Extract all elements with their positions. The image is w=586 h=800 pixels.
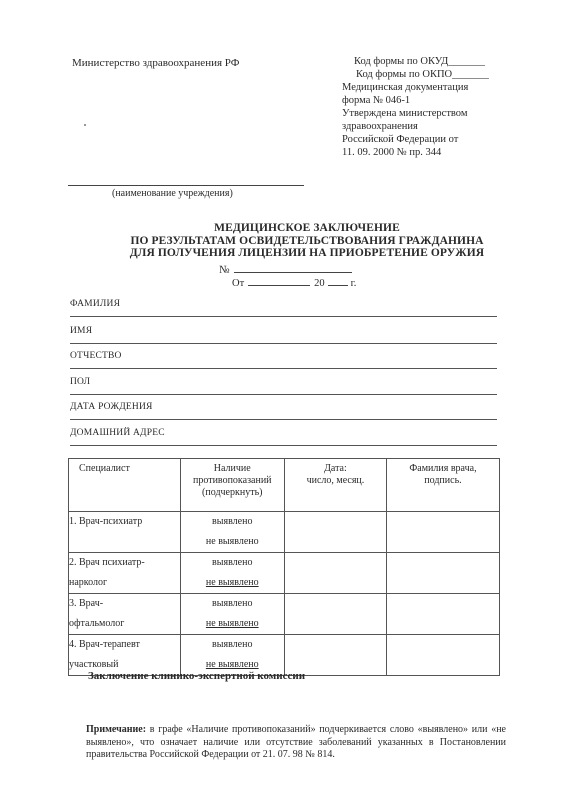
table-row: 3. Врач-офтальмолог выявлено не выявлено: [69, 594, 500, 635]
note-text: в графе «Наличие противопоказаний» подче…: [86, 724, 506, 760]
date-cell[interactable]: [284, 512, 386, 553]
note-label: Примечание:: [86, 724, 146, 735]
document-date-field[interactable]: От20г.: [232, 275, 356, 289]
scan-speck: [84, 124, 86, 126]
ministry-name: Министерство здравоохранения РФ: [72, 57, 239, 69]
header-line: подпись.: [387, 475, 499, 487]
header-line: Дата:: [285, 463, 386, 475]
option-not-detected[interactable]: не выявлено: [181, 614, 284, 634]
form-codes-block: Код формы по ОКУД_______ Код формы по ОК…: [342, 55, 542, 159]
date-cell[interactable]: [284, 594, 386, 635]
field-label: ДАТА РОЖДЕНИЯ: [70, 402, 497, 412]
doctor-cell[interactable]: [386, 635, 499, 676]
field-line[interactable]: [70, 413, 497, 420]
patronymic-field[interactable]: ОТЧЕСТВО: [70, 351, 497, 369]
okpo-code-field[interactable]: Код формы по ОКПО_______: [342, 68, 542, 81]
number-label: №: [219, 264, 230, 276]
doctor-cell[interactable]: [386, 594, 499, 635]
commission-conclusion-heading: Заключение клинико-экспертной комиссии: [88, 670, 305, 682]
note: Примечание: в графе «Наличие противопока…: [86, 724, 506, 762]
contra-cell: выявлено не выявлено: [180, 553, 284, 594]
specialist-name: 3. Врач-: [69, 594, 180, 614]
option-not-detected[interactable]: не выявлено: [181, 573, 284, 593]
table-row: 1. Врач-психиатр выявлено не выявлено: [69, 512, 500, 553]
approval-line: Российской Федерации от: [342, 133, 542, 146]
field-line[interactable]: [70, 337, 497, 344]
approval-line: Утверждена министерством: [342, 107, 542, 120]
field-line[interactable]: [70, 439, 497, 446]
option-detected[interactable]: выявлено: [181, 635, 284, 655]
okud-code-field[interactable]: Код формы по ОКУД_______: [342, 55, 542, 68]
header-line: противопоказаний: [181, 475, 284, 487]
birth-date-field[interactable]: ДАТА РОЖДЕНИЯ: [70, 402, 497, 420]
specialist-name: 4. Врач-терапевт: [69, 635, 180, 655]
home-address-field[interactable]: ДОМАШНИЙ АДРЕС: [70, 428, 497, 446]
approval-line: 11. 09. 2000 № пр. 344: [342, 146, 542, 159]
doctor-cell[interactable]: [386, 553, 499, 594]
header-line: (подчеркнуть): [181, 487, 284, 499]
specialist-name: 1. Врач-психиатр: [69, 512, 180, 532]
field-label: ДОМАШНИЙ АДРЕС: [70, 428, 497, 438]
surname-field[interactable]: ФАМИЛИЯ: [70, 299, 497, 317]
option-not-detected[interactable]: не выявлено: [181, 532, 284, 552]
document-number-field[interactable]: №: [219, 262, 352, 276]
date-suffix: г.: [351, 278, 357, 289]
institution-name-field[interactable]: [68, 185, 304, 186]
table-header-row: Специалист Наличие противопоказаний (под…: [69, 459, 500, 512]
date-day-month-blank[interactable]: [248, 275, 310, 286]
header-line: Фамилия врача,: [387, 463, 499, 475]
option-detected[interactable]: выявлено: [181, 512, 284, 532]
contra-cell: выявлено не выявлено: [180, 512, 284, 553]
header-contraindications: Наличие противопоказаний (подчеркнуть): [180, 459, 284, 512]
specialist-name: нарколог: [69, 573, 180, 593]
date-cell[interactable]: [284, 553, 386, 594]
approval-line: здравоохранения: [342, 120, 542, 133]
date-from-label: От: [232, 278, 244, 289]
title-line: ПО РЕЗУЛЬТАТАМ ОСВИДЕТЕЛЬСТВОВАНИЯ ГРАЖД…: [120, 235, 494, 248]
header-specialist: Специалист: [69, 459, 181, 512]
specialists-table: Специалист Наличие противопоказаний (под…: [68, 458, 500, 676]
number-blank[interactable]: [234, 262, 352, 273]
field-label: ФАМИЛИЯ: [70, 299, 497, 309]
institution-caption: (наименование учреждения): [112, 188, 233, 199]
header-doctor: Фамилия врача, подпись.: [386, 459, 499, 512]
title-line: ДЛЯ ПОЛУЧЕНИЯ ЛИЦЕНЗИИ НА ПРИОБРЕТЕНИЕ О…: [120, 247, 494, 260]
field-label: ОТЧЕСТВО: [70, 351, 497, 361]
header-line: число, месяц.: [285, 475, 386, 487]
specialist-cell: 1. Врач-психиатр: [69, 512, 181, 553]
contra-cell: выявлено не выявлено: [180, 594, 284, 635]
date-year-blank[interactable]: [328, 275, 348, 286]
doctor-cell[interactable]: [386, 512, 499, 553]
date-year-label: 20: [314, 278, 325, 289]
field-line[interactable]: [70, 310, 497, 317]
sex-field[interactable]: ПОЛ: [70, 377, 497, 395]
first-name-field[interactable]: ИМЯ: [70, 326, 497, 344]
table-row: 2. Врач психиатр-нарколог выявлено не вы…: [69, 553, 500, 594]
field-line[interactable]: [70, 362, 497, 369]
document-title: МЕДИЦИНСКОЕ ЗАКЛЮЧЕНИЕ ПО РЕЗУЛЬТАТАМ ОС…: [120, 222, 494, 260]
header-line: Наличие: [181, 463, 284, 475]
option-detected[interactable]: выявлено: [181, 553, 284, 573]
title-line: МЕДИЦИНСКОЕ ЗАКЛЮЧЕНИЕ: [120, 222, 494, 235]
specialist-name: 2. Врач психиатр-: [69, 553, 180, 573]
field-label: ИМЯ: [70, 326, 497, 336]
header-date: Дата: число, месяц.: [284, 459, 386, 512]
specialist-name: офтальмолог: [69, 614, 180, 634]
field-label: ПОЛ: [70, 377, 497, 387]
specialist-cell: 2. Врач психиатр-нарколог: [69, 553, 181, 594]
option-detected[interactable]: выявлено: [181, 594, 284, 614]
specialist-cell: 3. Врач-офтальмолог: [69, 594, 181, 635]
field-line[interactable]: [70, 388, 497, 395]
form-number: форма № 046-1: [342, 94, 542, 107]
doc-type: Медицинская документация: [342, 81, 542, 94]
